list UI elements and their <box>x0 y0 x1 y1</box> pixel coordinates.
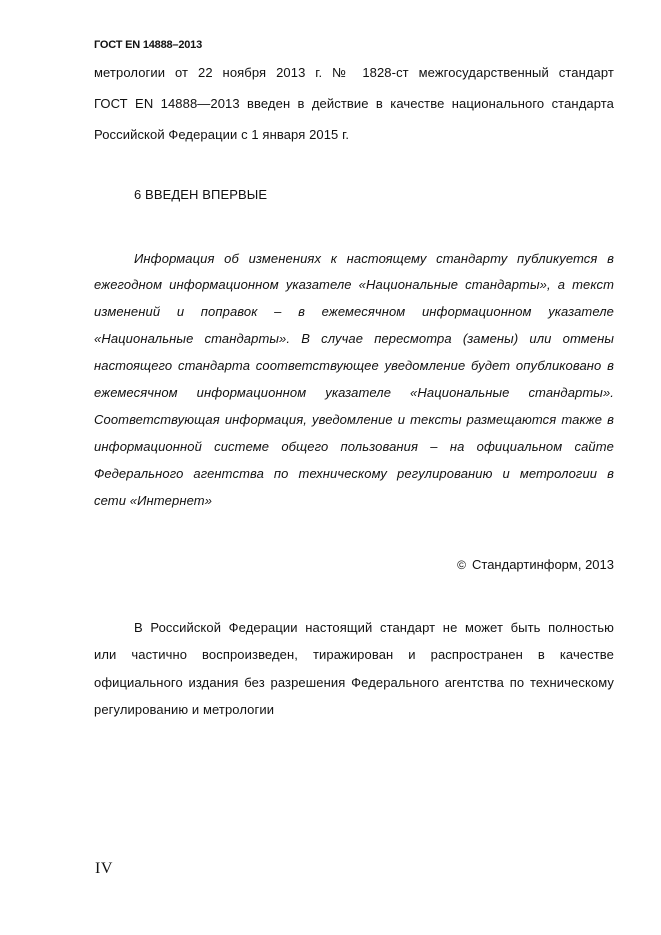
document-code-header: ГОСТ EN 14888–2013 <box>94 39 202 51</box>
section-6-heading: 6 ВВЕДЕН ВПЕРВЫЕ <box>134 187 614 202</box>
info-line-10: сети «Интернет» <box>94 493 614 508</box>
intro-line-1: метрологии от 22 ноября 2013 г. № 1828-с… <box>94 65 614 80</box>
rights-line-1: В Российской Федерации настоящий стандар… <box>134 620 614 635</box>
info-line-2: ежегодном информационном указателе «Наци… <box>94 277 614 292</box>
copyright-notice: ©Стандартинформ, 2013 <box>420 557 614 572</box>
intro-line-3: Российской Федерации с 1 января 2015 г. <box>94 127 614 142</box>
intro-line-2: ГОСТ EN 14888—2013 введен в действие в к… <box>94 96 614 111</box>
rights-line-4: регулированию и метрологии <box>94 702 614 717</box>
info-line-6: ежемесячном информационном указателе «На… <box>94 385 614 400</box>
info-line-1: Информация об изменениях к настоящему ст… <box>134 251 614 266</box>
info-line-3: изменений и поправок – в ежемесячном инф… <box>94 304 614 319</box>
page-number: IV <box>95 860 113 878</box>
info-line-4: «Национальные стандарты». В случае перес… <box>94 331 614 346</box>
rights-line-2: или частично воспроизведен, тиражирован … <box>94 647 614 662</box>
document-page: ГОСТ EN 14888–2013 метрологии от 22 нояб… <box>0 0 661 935</box>
copyright-icon: © <box>457 558 466 572</box>
info-line-9: Федерального агентства по техническому р… <box>94 466 614 481</box>
info-line-8: информационной системе общего пользовани… <box>94 439 614 454</box>
info-line-5: настоящего стандарта соответствующее уве… <box>94 358 614 373</box>
info-line-7: Соответствующая информация, уведомление … <box>94 412 614 427</box>
copyright-text: Стандартинформ, 2013 <box>472 557 614 572</box>
rights-line-3: официального издания без разрешения Феде… <box>94 675 614 690</box>
